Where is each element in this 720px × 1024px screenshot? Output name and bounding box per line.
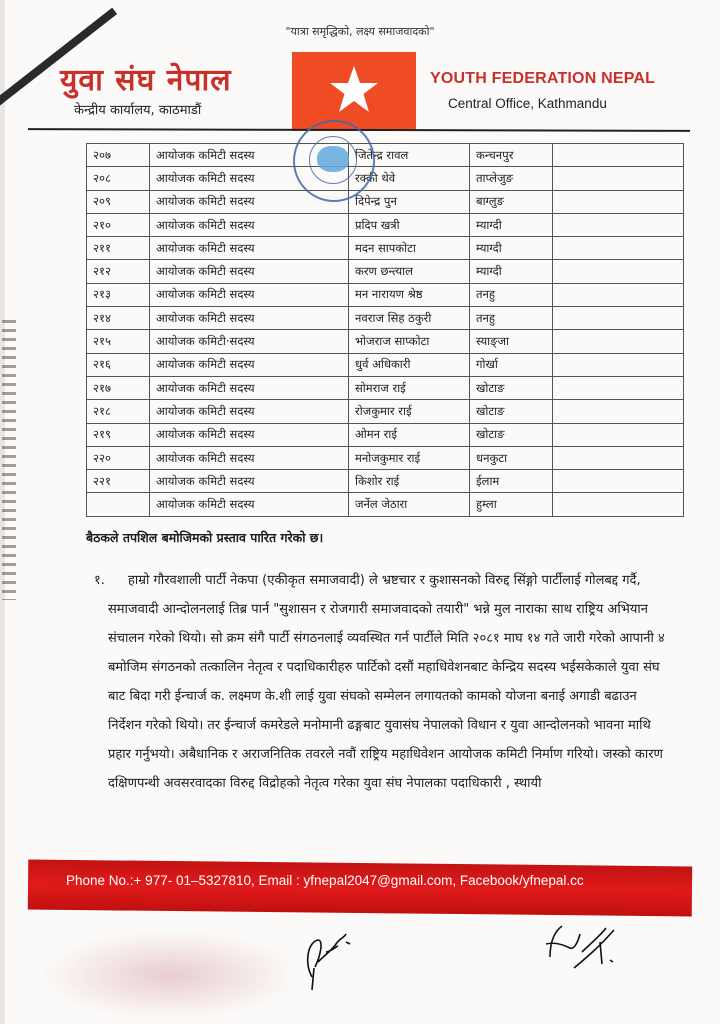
- cell-role: आयोजक कमिटी सदस्य: [150, 376, 349, 399]
- cell-name: जर्नेल जेठारा: [349, 493, 470, 516]
- table-row: २१८आयोजक कमिटी सदस्यरोजकुमार राईखोटाङ: [87, 400, 684, 423]
- table-row: २१४आयोजक कमिटी सदस्यनवराज सिह ठकुरीतनहु: [87, 307, 684, 330]
- cell-name: प्रदिप खत्री: [349, 213, 470, 236]
- cell-remarks: [553, 353, 684, 376]
- cell-role: आयोजक कमिटी सदस्य: [150, 400, 349, 423]
- paragraph-text: हाम्रो गौरवशाली पार्टी नेकपा (एकीकृत समा…: [108, 566, 668, 798]
- cell-district: ताप्लेजुङ: [470, 167, 553, 190]
- cell-district: खोटाङ: [470, 400, 553, 423]
- table-row: २१२आयोजक कमिटी सदस्यकरण छन्त्यालम्याग्दी: [87, 260, 684, 283]
- table-row: २०७आयोजक कमिटी सदस्यजितेन्द्र रावलकन्चनप…: [87, 144, 684, 167]
- cell-serial-number: [87, 493, 150, 516]
- members-table: २०७आयोजक कमिटी सदस्यजितेन्द्र रावलकन्चनप…: [86, 143, 684, 517]
- cell-remarks: [553, 260, 684, 283]
- cell-serial-number: २०९: [87, 190, 150, 213]
- table-row: २१९आयोजक कमिटी सदस्यओमन राईखोटाङ: [87, 423, 684, 446]
- cell-remarks: [553, 330, 684, 353]
- cell-serial-number: २१८: [87, 400, 150, 423]
- paragraph-number: १.: [94, 566, 105, 595]
- cell-district: बाग्लुङ: [470, 190, 553, 213]
- official-stamp: [293, 120, 375, 202]
- cell-serial-number: २१४: [87, 307, 150, 330]
- table-row: २०८आयोजक कमिटी सदस्यरक्की थेवेताप्लेजुङ: [87, 167, 684, 190]
- table-row: २१०आयोजक कमिटी सदस्यप्रदिप खत्रीम्याग्दी: [87, 213, 684, 236]
- cell-role: आयोजक कमिटी सदस्य: [150, 423, 349, 446]
- cell-serial-number: २१०: [87, 213, 150, 236]
- cell-serial-number: २१२: [87, 260, 150, 283]
- table-row: २२०आयोजक कमिटी सदस्यमनोजकुमार राईधनकुटा: [87, 446, 684, 469]
- cell-role: आयोजक कमिटी सदस्य: [150, 446, 349, 469]
- table-row: २१६आयोजक कमिटी सदस्यधुर्व अधिकारीगोर्खा: [87, 353, 684, 376]
- cell-district: हुम्ला: [470, 493, 553, 516]
- table-row: २०९आयोजक कमिटी सदस्यदिपेन्द्र पुनबाग्लुङ: [87, 190, 684, 213]
- table-row: २१७आयोजक कमिटी सदस्यसोमराज राईखोटाङ: [87, 376, 684, 399]
- cell-name: किशोर राई: [349, 470, 470, 493]
- table-row: २११आयोजक कमिटी सदस्यमदन सापकोटाम्याग्दी: [87, 237, 684, 260]
- cell-serial-number: २१६: [87, 353, 150, 376]
- cell-role: आयोजक कमिटी सदस्य: [150, 260, 349, 283]
- cell-district: तनहु: [470, 307, 553, 330]
- cell-serial-number: २१९: [87, 423, 150, 446]
- cell-serial-number: २१३: [87, 283, 150, 306]
- cell-remarks: [553, 446, 684, 469]
- office-nepali: केन्द्रीय कार्यालय, काठमाडौं: [74, 100, 201, 118]
- cell-remarks: [553, 470, 684, 493]
- cell-serial-number: २१७: [87, 376, 150, 399]
- table-row: २१५आयोजक कमिटी·सदस्यभोजराज साप्कोटास्याङ…: [87, 330, 684, 353]
- cell-role: आयोजक कमिटी सदस्य: [150, 493, 349, 516]
- cell-role: आयोजक कमिटी सदस्य: [150, 213, 349, 236]
- cell-district: स्याङ्जा: [470, 330, 553, 353]
- table-row: २१३आयोजक कमिटी सदस्यमन नारायण श्रेष्ठतनह…: [87, 283, 684, 306]
- cell-name: दिपेन्द्र पुन: [349, 190, 470, 213]
- party-flag-logo: [292, 52, 416, 131]
- document-page: "यात्रा समृद्धिको, लक्ष्य समाजवादको" युव…: [0, 0, 720, 1024]
- cell-name: मदन सापकोटा: [349, 237, 470, 260]
- cell-district: गोर्खा: [470, 353, 553, 376]
- cell-role: आयोजक कमिटी सदस्य: [150, 307, 349, 330]
- cell-role: आयोजक कमिटी सदस्य: [150, 353, 349, 376]
- cell-name: मन नारायण श्रेष्ठ: [349, 283, 470, 306]
- cell-remarks: [553, 237, 684, 260]
- cell-serial-number: २२०: [87, 446, 150, 469]
- cell-name: ओमन राई: [349, 423, 470, 446]
- cell-remarks: [553, 376, 684, 399]
- org-name-nepali: युवा संघ नेपाल: [60, 58, 232, 99]
- cell-name: भोजराज साप्कोटा: [349, 330, 470, 353]
- cell-remarks: [553, 144, 684, 167]
- cell-district: खोटाङ: [470, 376, 553, 399]
- signature-1: [300, 922, 370, 992]
- org-name-english: YOUTH FEDERATION NEPAL: [430, 70, 655, 88]
- footer-contact: Phone No.:+ 977- 01–5327810, Email : yfn…: [66, 873, 584, 888]
- cell-name: नवराज सिह ठकुरी: [349, 307, 470, 330]
- cell-remarks: [553, 400, 684, 423]
- cell-remarks: [553, 167, 684, 190]
- cell-district: धनकुटा: [470, 446, 553, 469]
- cell-remarks: [553, 190, 684, 213]
- cell-remarks: [553, 213, 684, 236]
- cell-role: आयोजक कमिटी·सदस्य: [150, 330, 349, 353]
- cell-role: आयोजक कमिटी सदस्य: [150, 237, 349, 260]
- cell-name: मनोजकुमार राई: [349, 446, 470, 469]
- cell-remarks: [553, 307, 684, 330]
- cell-name: करण छन्त्याल: [349, 260, 470, 283]
- paragraph-1: १. हाम्रो गौरवशाली पार्टी नेकपा (एकीकृत …: [108, 566, 668, 798]
- resolution-line: बैठकले तपशिल बमोजिमको प्रस्ताव पारित गरे…: [86, 529, 323, 546]
- cell-district: ईलाम: [470, 470, 553, 493]
- cell-remarks: [553, 423, 684, 446]
- cell-serial-number: २०७: [87, 144, 150, 167]
- cell-serial-number: २२१: [87, 470, 150, 493]
- cell-remarks: [553, 283, 684, 306]
- office-english: Central Office, Kathmandu: [448, 96, 607, 111]
- cell-name: सोमराज राई: [349, 376, 470, 399]
- cell-role: आयोजक कमिटी सदस्य: [150, 283, 349, 306]
- star-icon: [328, 64, 380, 116]
- ink-smudge: [40, 930, 300, 1020]
- cell-serial-number: २१५: [87, 330, 150, 353]
- cell-district: तनहु: [470, 283, 553, 306]
- cell-role: आयोजक कमिटी सदस्य: [150, 470, 349, 493]
- cell-district: म्याग्दी: [470, 237, 553, 260]
- cell-serial-number: २११: [87, 237, 150, 260]
- cell-remarks: [553, 493, 684, 516]
- stamp-emblem-icon: [317, 146, 349, 172]
- table-row: २२१आयोजक कमिटी सदस्यकिशोर राईईलाम: [87, 470, 684, 493]
- signature-2: [540, 912, 630, 982]
- scan-edge-marks: [2, 320, 16, 600]
- slogan: "यात्रा समृद्धिको, लक्ष्य समाजवादको": [0, 24, 720, 39]
- cell-serial-number: २०८: [87, 167, 150, 190]
- cell-district: म्याग्दी: [470, 260, 553, 283]
- table-row: आयोजक कमिटी सदस्यजर्नेल जेठाराहुम्ला: [87, 493, 684, 516]
- cell-district: खोटाङ: [470, 423, 553, 446]
- cell-name: रोजकुमार राई: [349, 400, 470, 423]
- footer-band: [28, 860, 692, 917]
- cell-district: म्याग्दी: [470, 213, 553, 236]
- cell-district: कन्चनपुर: [470, 144, 553, 167]
- cell-name: धुर्व अधिकारी: [349, 353, 470, 376]
